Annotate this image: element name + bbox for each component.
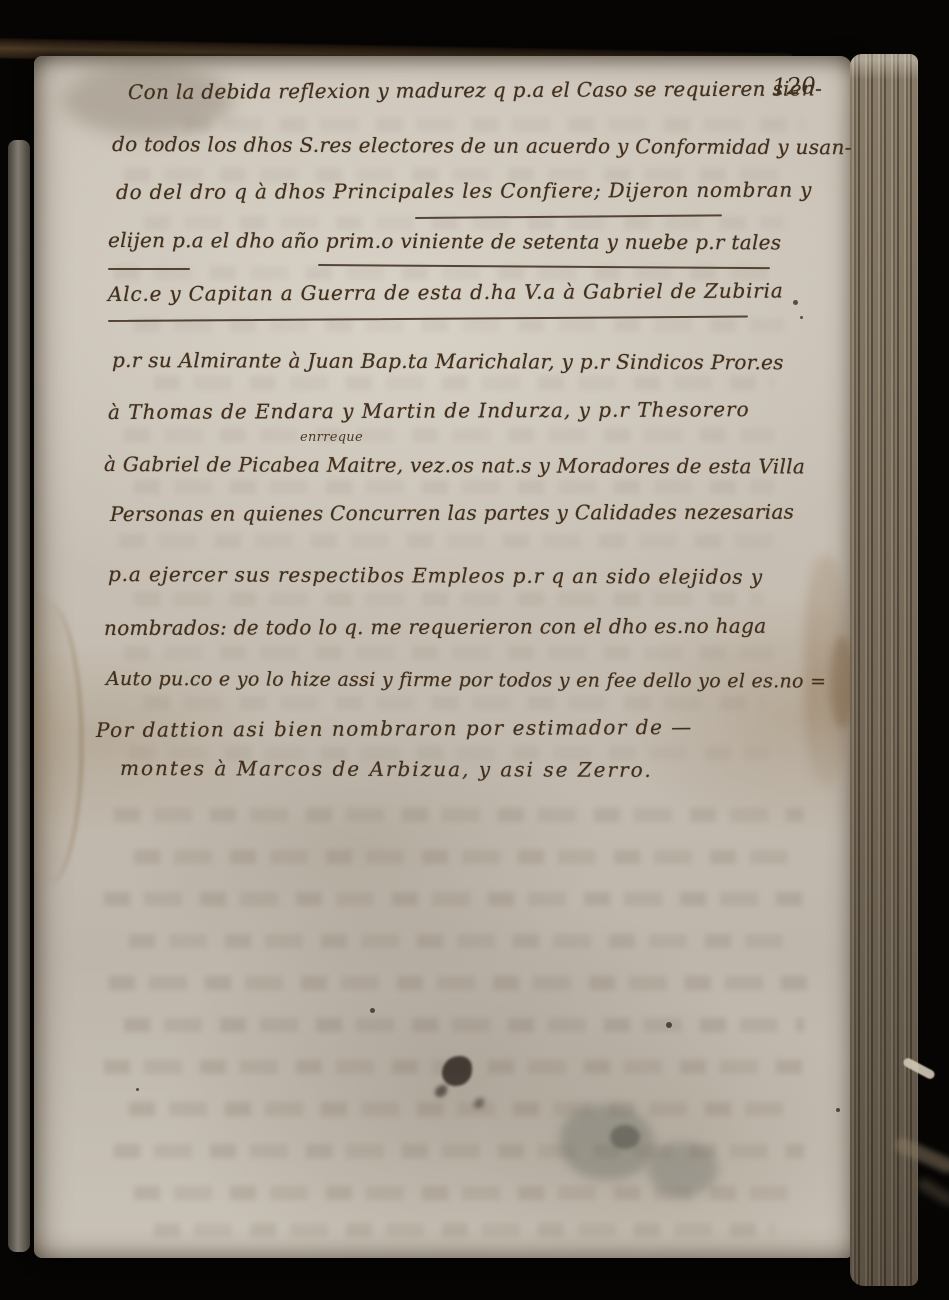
bookmark-thread-faint xyxy=(915,1176,949,1208)
manuscript-line-11: nombrados: de todo lo q. me requerieron … xyxy=(104,616,766,638)
manuscript-line-5: Alc.e y Capitan a Guerra de esta d.ha V.… xyxy=(108,280,784,304)
ink-underline xyxy=(108,268,190,270)
manuscript-line-6: p.r su Almirante à Juan Bap.ta Marichala… xyxy=(112,350,784,372)
manuscript-line-10: p.a ejercer sus respectibos Empleos p.r … xyxy=(108,564,763,587)
interlinear-insertion: enrreque xyxy=(300,430,363,445)
manuscript-line-12: Auto pu.co e yo lo hize assi y firme por… xyxy=(106,670,826,692)
manuscript-line-14: montes à Marcos de Arbizua, y asi se Zer… xyxy=(120,758,653,780)
manuscript-photo: 120 Con la debida reflexion y madurez q … xyxy=(0,0,949,1300)
manuscript-line-2: do todos los dhos S.res electores de un … xyxy=(112,134,852,157)
ink-underline xyxy=(415,214,722,219)
ink-speck xyxy=(666,1022,672,1028)
manuscript-line-13: Por dattion asi bien nombraron por estim… xyxy=(96,717,693,740)
manuscript-page: 120 Con la debida reflexion y madurez q … xyxy=(34,56,852,1258)
ink-speck xyxy=(800,316,803,319)
manuscript-line-7: à Thomas de Endara y Martin de Indurza, … xyxy=(108,399,750,422)
ink-underline xyxy=(108,316,748,322)
ink-speck xyxy=(836,1108,840,1112)
ink-speck xyxy=(136,1088,139,1091)
page-fore-edge-stack xyxy=(850,54,918,1286)
manuscript-line-9: Personas en quienes Concurren las partes… xyxy=(110,502,794,524)
ink-speck xyxy=(370,1008,375,1013)
manuscript-line-1: Con la debida reflexion y madurez q p.a … xyxy=(128,78,822,102)
manuscript-line-8: à Gabriel de Picabea Maitre, vez.os nat.… xyxy=(104,454,805,476)
ink-speck xyxy=(793,300,798,305)
mold-stain-dark xyxy=(610,1125,640,1149)
book-gutter-pages-edge xyxy=(8,140,30,1252)
manuscript-line-3: do del dro q à dhos Principales les Conf… xyxy=(116,180,812,202)
ink-underline xyxy=(318,264,770,269)
manuscript-line-4: elijen p.a el dho año prim.o viniente de… xyxy=(108,230,781,252)
